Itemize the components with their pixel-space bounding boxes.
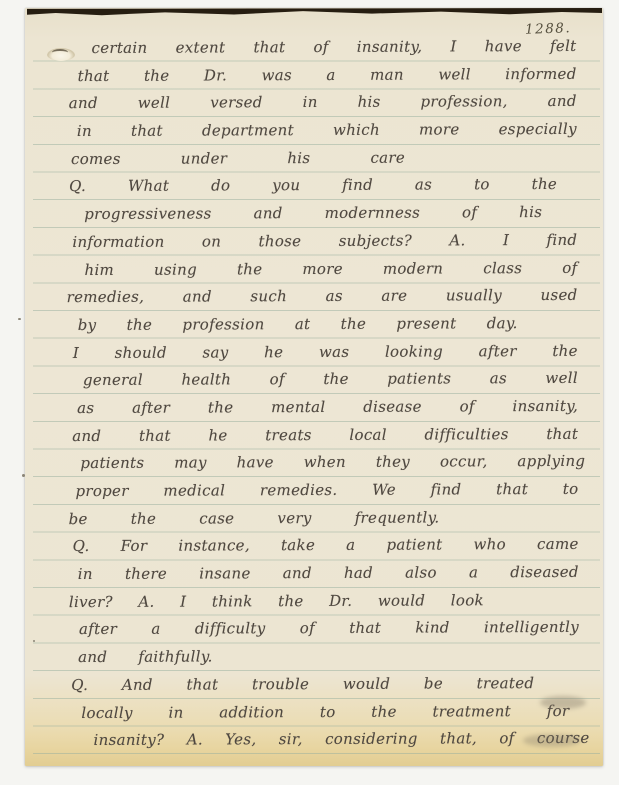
handwritten-line: general health of the patients as well: [83, 365, 578, 395]
manuscript-page: 1288. certain extent that of insanity, I…: [25, 8, 603, 766]
handwritten-line: and that he treats local difficulties th…: [72, 420, 578, 450]
page-top-edge: [27, 8, 602, 17]
handwritten-line: and faithfully.: [78, 642, 579, 672]
handwritten-line: certain extent that of insanity, I have …: [91, 33, 576, 63]
ink-smudge: [540, 696, 586, 709]
handwritten-line: patients may have when they occur, apply…: [80, 448, 585, 478]
handwritten-line: proper medical remedies. We find that to: [75, 476, 578, 506]
ink-smudge: [523, 734, 581, 747]
handwritten-line: liver? A. I think the Dr. would look: [69, 587, 484, 616]
handwritten-line: comes under his care: [71, 144, 577, 174]
handwritten-line: Q. What do you find as to the: [69, 171, 557, 201]
handwritten-line: by the profession at the present day.: [78, 310, 518, 340]
handwritten-line: Q. For instance, take a patient who came: [73, 531, 579, 561]
handwritten-line: in there insane and had also a diseased: [78, 559, 579, 589]
handwritten-line: information on those subjects? A. I find: [72, 227, 577, 257]
handwritten-line: progressiveness and modernness of his: [84, 199, 542, 229]
handwritten-line: him using the more modern class of: [84, 254, 577, 284]
handwritten-line: after a difficulty of that kind intellig…: [79, 614, 579, 644]
dust-speck: [33, 640, 35, 642]
dust-speck: [18, 318, 21, 320]
handwritten-line: and well versed in his profession, and: [69, 88, 577, 118]
handwritten-line: remedies, and such as are usually used: [67, 282, 578, 312]
handwritten-line: as after the mental disease of insanity,: [77, 393, 578, 423]
handwritten-line: insanity? A. Yes, sir, considering that,…: [93, 725, 589, 755]
handwritten-line: Q. And that trouble would be treated: [71, 670, 534, 700]
handwritten-line: be the case very frequently.: [68, 504, 578, 534]
handwritten-line: that the Dr. was a man well informed: [78, 61, 577, 91]
handwritten-text: certain extent that of insanity, I have …: [23, 33, 604, 755]
handwritten-line: in that department which more especially: [77, 116, 577, 146]
handwritten-line: locally in addition to the treatment for: [81, 697, 569, 727]
dust-speck: [22, 474, 25, 477]
handwritten-line: I should say he was looking after the: [73, 337, 578, 367]
